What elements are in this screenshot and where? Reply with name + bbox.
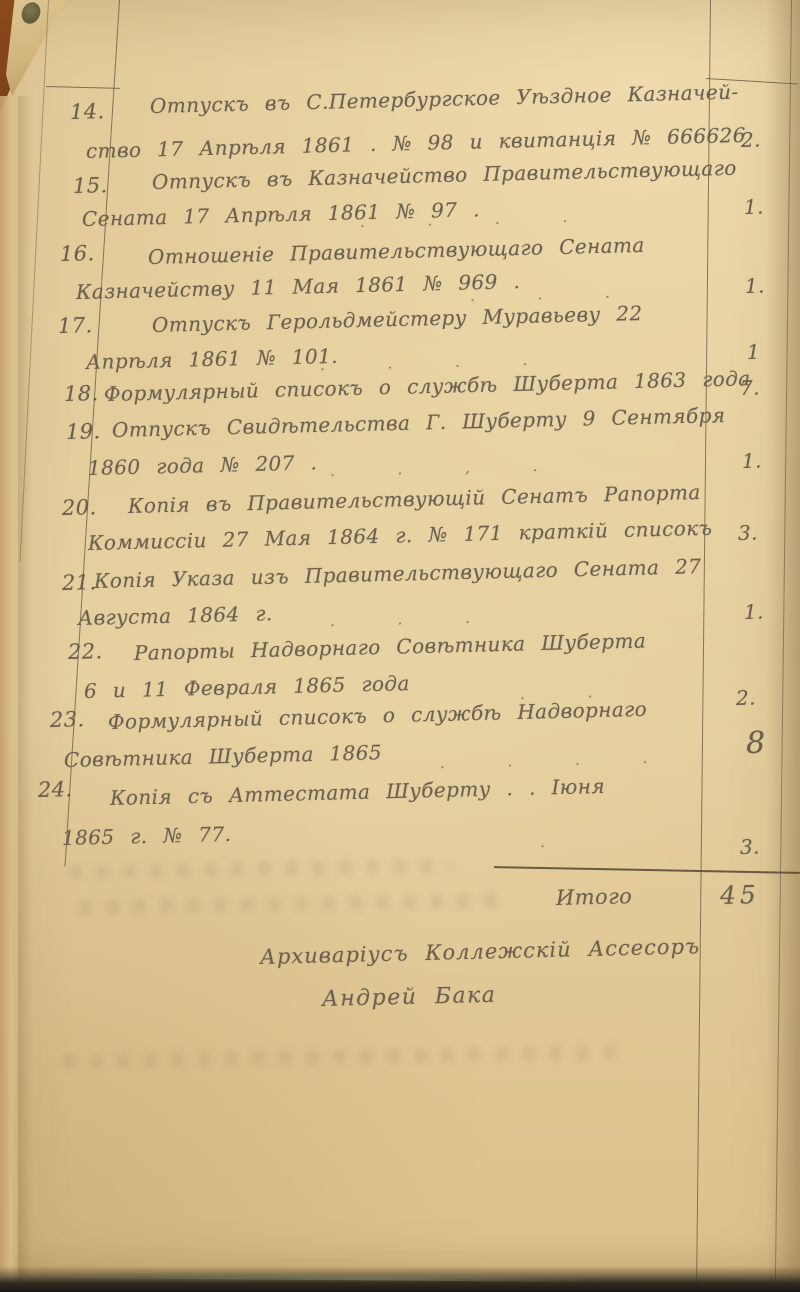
entry-number: 19. <box>66 419 101 444</box>
entry-number: 16. <box>60 241 95 266</box>
entry-number: 23. <box>50 707 85 732</box>
sheet-count: 1. <box>742 449 762 473</box>
entry-number: 15. <box>73 173 108 198</box>
sheet-count: 2. <box>736 686 756 710</box>
entry-number: 17. <box>58 313 93 338</box>
entry-text-line2: 1865 г. № 77. <box>62 822 232 850</box>
sheet-count: 2. <box>741 128 761 152</box>
sheet-count: 1. <box>744 195 764 219</box>
dot-leader: . . . <box>330 609 470 630</box>
page-stack-edge-shadow <box>18 96 32 1292</box>
sheet-count: 3. <box>738 521 758 545</box>
sheet-count: 1. <box>745 274 765 298</box>
total-value: 45 <box>720 880 761 910</box>
dot-leader: . <box>540 833 545 851</box>
total-label: Итого <box>556 884 633 910</box>
sheet-count: 7. <box>740 376 760 400</box>
sheet-count: 1 <box>747 340 761 364</box>
entry-number: 22. <box>68 639 103 664</box>
sheet-count: 1. <box>744 600 764 624</box>
signature-name: Андрей Бака <box>322 983 497 1012</box>
entry-number: 20. <box>62 495 97 520</box>
right-edge-shadow <box>766 0 800 1292</box>
entry-number: 24. <box>38 777 73 802</box>
page-stack-edge <box>0 96 20 1292</box>
entry-number: 18. <box>64 381 99 406</box>
sheet-count: 8 <box>746 726 766 761</box>
entry-text-line2: Августа 1864 г. <box>78 601 273 630</box>
entry-number: 14. <box>70 99 105 124</box>
entry-number: 21. <box>62 570 97 595</box>
manuscript-scan: 14. Отпускъ въ С.Петербургское Уѣздное К… <box>0 0 800 1292</box>
sheet-count: 3. <box>740 835 760 859</box>
